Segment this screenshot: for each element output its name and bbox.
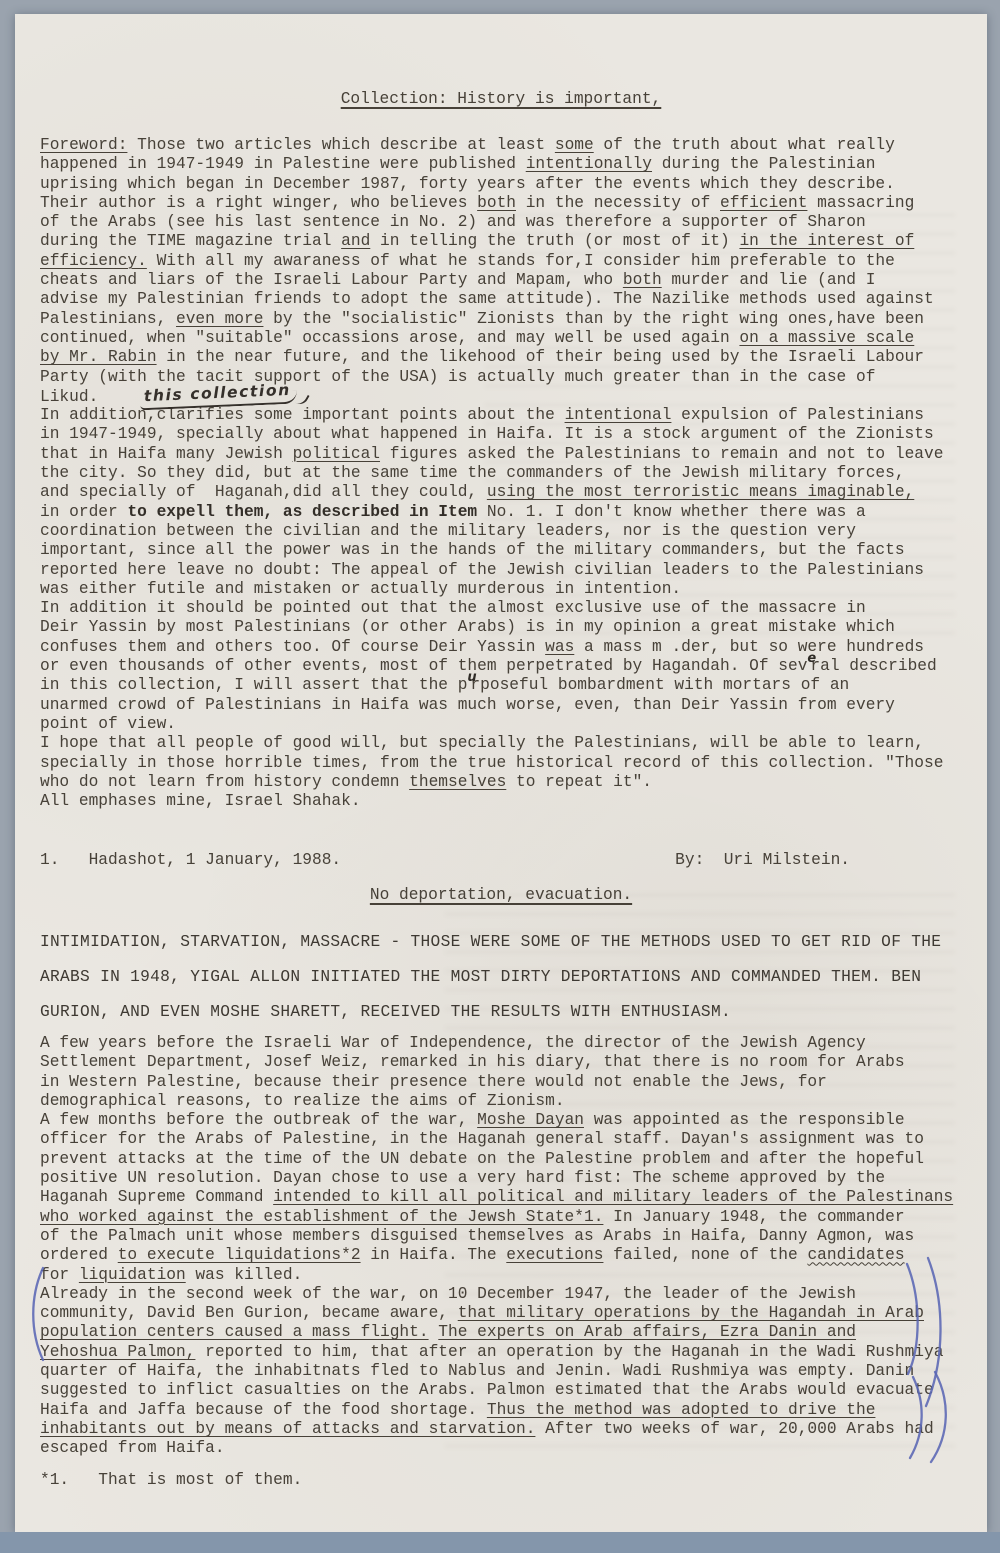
text-segment: coordination between the civilian and th… [40, 522, 856, 540]
text-segment: to execute liquidations*2 [118, 1246, 361, 1264]
text-line: or even thousands of other events, most … [40, 657, 962, 676]
text-segment: cheats and liars of the Israeli Labour P… [40, 271, 623, 289]
text-segment: Already in the second week of the war, o… [40, 1285, 856, 1303]
text-segment: A few years before the Israeli War of In… [40, 1034, 866, 1052]
text-segment: prevent attacks at the time of the UN de… [40, 1150, 924, 1168]
text-segment: who do not learn from history condemn [40, 773, 409, 791]
text-segment: uprising which began in December 1987, f… [40, 175, 895, 193]
text-segment: quarter of Haifa, the inhabitnats fled t… [40, 1362, 914, 1380]
text-segment: in 1947-1949, specially about what happe… [40, 425, 934, 443]
document-title-text: Collection: History is important, [341, 90, 662, 108]
text-segment: In addition it should be pointed out tha… [40, 599, 866, 617]
article-body-section: A few years before the Israeli War of In… [40, 1034, 962, 1459]
typewritten-content: Collection: History is important, Forewo… [40, 14, 962, 1490]
text-line: who worked against the establishment of … [40, 1208, 962, 1227]
text-line: who do not learn from history condemn th… [40, 773, 962, 792]
text-segment: failed, none of the [603, 1246, 807, 1264]
text-line: In addition,clarifies some important poi… [40, 406, 962, 425]
text-line: escaped from Haifa. [40, 1439, 962, 1458]
text-line: the city. So they did, but at the same t… [40, 464, 962, 483]
text-line: Already in the second week of the war, o… [40, 1285, 962, 1304]
text-segment: Those two articles which describe at lea… [127, 136, 554, 154]
handwritten-right-double-paren-mark-lower [905, 1370, 957, 1464]
text-segment: ordered [40, 1246, 118, 1264]
article-heading-text: No deportation, evacuation. [370, 886, 632, 904]
text-line: unarmed crowd of Palestinians in Haifa w… [40, 696, 962, 715]
text-segment: in order [40, 503, 127, 521]
text-line: that in Haifa many Jewish political figu… [40, 445, 962, 464]
text-segment: using the most terroristic means imagina… [487, 483, 914, 501]
text-segment: themselves [409, 773, 506, 791]
text-line: inhabitants out by means of attacks and … [40, 1420, 962, 1439]
text-segment: In January 1948, the commander [603, 1208, 904, 1226]
text-segment: A few months before the outbreak of the … [40, 1111, 477, 1129]
text-line: for liquidation was killed. [40, 1266, 962, 1285]
text-segment: figures asked the Palestinians to remain… [380, 445, 943, 463]
text-segment: point of view. [40, 715, 176, 733]
text-segment: continued, when "suitable" occassions ar… [40, 329, 739, 347]
text-segment: efficiency. [40, 252, 147, 270]
text-line: Likud.this collection [40, 387, 962, 406]
text-line: ordered to execute liquidations*2 in Hai… [40, 1246, 962, 1265]
text-segment: or even thousands of other events, most … [40, 657, 807, 675]
text-segment [429, 1323, 439, 1341]
text-segment: during the Palestinian [652, 155, 875, 173]
text-segment: was killed. [186, 1266, 303, 1284]
text-segment: political [293, 445, 380, 463]
text-segment: of the Arabs (see his last sentence in N… [40, 213, 866, 231]
text-line: quarter of Haifa, the inhabitnats fled t… [40, 1362, 962, 1381]
text-line: advise my Palestinian friends to adopt t… [40, 290, 962, 309]
text-segment: I hope that all people of good will, but… [40, 734, 924, 752]
text-segment: expulsion of Palestinians [671, 406, 924, 424]
text-line: Their author is a right winger, who beli… [40, 194, 962, 213]
text-segment: that in Haifa many Jewish [40, 445, 293, 463]
text-line: A few years before the Israeli War of In… [40, 1034, 962, 1053]
text-line: I hope that all people of good will, but… [40, 734, 962, 753]
document-title: Collection: History is important, [40, 90, 962, 108]
text-segment: the city. So they did, but at the same t… [40, 464, 905, 482]
text-segment: ral described [810, 657, 936, 675]
text-segment: even more [176, 310, 263, 328]
text-segment: a mass m .der, but so were hundreds [574, 638, 924, 656]
text-line: Haganah Supreme Command intended to kill… [40, 1188, 962, 1207]
text-line: community, David Ben Gurion, became awar… [40, 1304, 962, 1323]
text-segment: intended to kill all political and milit… [273, 1188, 953, 1206]
text-line: and specially of Haganah,did all they co… [40, 483, 962, 502]
text-segment: Thus the method was adopted to drive the [487, 1401, 876, 1419]
text-line: in 1947-1949, specially about what happe… [40, 425, 962, 444]
text-line: coordination between the civilian and th… [40, 522, 962, 541]
handwritten-left-paren-mark [26, 1266, 48, 1364]
text-segment: was appointed as the responsible [584, 1111, 905, 1129]
text-segment: Yehoshua Palmon, [40, 1343, 195, 1361]
text-segment: INTIMIDATION, STARVATION, MASSACRE - THO… [40, 933, 941, 951]
text-line: Settlement Department, Josef Weiz, remar… [40, 1053, 962, 1072]
text-segment: by Mr. Rabin [40, 348, 157, 366]
text-segment: Party (with the tacit support of the USA… [40, 368, 875, 386]
text-segment: massacring [807, 194, 914, 212]
text-segment: specially in those horrible times, from … [40, 754, 943, 772]
article-heading: No deportation, evacuation. [40, 886, 962, 905]
text-segment: by the "socialistic" Zionists than by th… [263, 310, 924, 328]
text-segment: in Haifa. The [361, 1246, 507, 1264]
text-line: demographical reasons, to realize the ai… [40, 1092, 962, 1111]
handwritten-letter: e [807, 649, 810, 668]
text-segment: murder and lie (and I [662, 271, 876, 289]
paper-sheet: Collection: History is important, Forewo… [15, 14, 987, 1532]
text-segment: intentionally [526, 155, 652, 173]
text-line: population centers caused a mass flight.… [40, 1323, 962, 1342]
text-segment: inhabitants out by means of attacks and … [40, 1420, 535, 1438]
text-segment: suggested to inflict casualties on the A… [40, 1381, 934, 1399]
text-segment: some [555, 136, 594, 154]
text-line: Deir Yassin by most Palestinians (or oth… [40, 618, 962, 637]
text-line: A few months before the outbreak of the … [40, 1111, 962, 1130]
text-line: happened in 1947-1949 in Palestine were … [40, 155, 962, 174]
text-line: during the TIME magazine trial and in te… [40, 232, 962, 251]
text-segment: Moshe Dayan [477, 1111, 584, 1129]
text-segment: that military operations by the Hagandah… [458, 1304, 924, 1322]
text-segment: was either futile and mistaken or actual… [40, 580, 681, 598]
text-line: cheats and liars of the Israeli Labour P… [40, 271, 962, 290]
reference-line: 1. Hadashot, 1 January, 1988. By: Uri Mi… [40, 851, 962, 870]
text-segment: escaped from Haifa. [40, 1439, 225, 1457]
text-segment: In addition,clarifies some important poi… [40, 406, 565, 424]
text-segment: confuses them and others too. Of course … [40, 638, 545, 656]
text-segment: was [545, 638, 574, 656]
text-segment: in telling the truth (or most of it) [370, 232, 739, 250]
text-line: was either futile and mistaken or actual… [40, 580, 962, 599]
text-line: Yehoshua Palmon, reported to him, that a… [40, 1343, 962, 1362]
text-line: officer for the Arabs of Palestine, in t… [40, 1130, 962, 1149]
text-segment: to expell them, as described in Item [127, 503, 477, 521]
text-segment: population centers caused a mass flight. [40, 1323, 429, 1341]
text-segment: With all my awaraness of what he stands … [147, 252, 895, 270]
text-line: in Western Palestine, because their pres… [40, 1073, 962, 1092]
text-line: prevent attacks at the time of the UN de… [40, 1150, 962, 1169]
text-segment: who worked against the establishment of … [40, 1208, 603, 1226]
text-line: reported here leave no doubt: The appeal… [40, 561, 962, 580]
text-line: confuses them and others too. Of course … [40, 638, 962, 657]
text-segment: Deir Yassin by most Palestinians (or oth… [40, 618, 895, 636]
text-segment: in the interest of [739, 232, 914, 250]
text-segment: in Western Palestine, because their pres… [40, 1073, 827, 1091]
reference-source: 1. Hadashot, 1 January, 1988. [40, 851, 341, 870]
text-segment: liquidation [79, 1266, 186, 1284]
text-line: point of view. [40, 715, 962, 734]
text-segment: intentional [565, 406, 672, 424]
text-line: efficiency. With all my awaraness of wha… [40, 252, 962, 271]
text-line: All emphases mine, Israel Shahak. [40, 792, 962, 811]
text-segment: The experts on Arab affairs, Ezra Danin … [438, 1323, 856, 1341]
text-segment: reported to him, that after an operation… [195, 1343, 943, 1361]
text-segment: demographical reasons, to realize the ai… [40, 1092, 565, 1110]
text-segment: advise my Palestinian friends to adopt t… [40, 290, 934, 308]
text-line: Haifa and Jaffa because of the food shor… [40, 1401, 962, 1420]
text-segment: Palestinians, [40, 310, 176, 328]
text-segment: GURION, AND EVEN MOSHE SHARETT, RECEIVED… [40, 1003, 731, 1021]
text-line: specially in those horrible times, from … [40, 754, 962, 773]
text-segment: ARABS IN 1948, YIGAL ALLON INITIATED THE… [40, 968, 921, 986]
text-segment: Likud. [40, 388, 98, 406]
text-segment: and [341, 232, 370, 250]
text-segment: on a massive scale [739, 329, 914, 347]
text-segment: After two weeks of war, 20,000 Arabs had [535, 1420, 933, 1438]
text-line: in order to expell them, as described in… [40, 503, 962, 522]
text-line: GURION, AND EVEN MOSHE SHARETT, RECEIVED… [40, 995, 962, 1030]
text-segment: unarmed crowd of Palestinians in Haifa w… [40, 696, 895, 714]
text-segment: Foreword: [40, 136, 127, 154]
text-segment: All emphases mine, Israel Shahak. [40, 792, 361, 810]
text-line: ARABS IN 1948, YIGAL ALLON INITIATED THE… [40, 960, 962, 995]
text-segment: in the near future, and the likehood of … [157, 348, 924, 366]
text-segment: Haganah Supreme Command [40, 1188, 273, 1206]
text-segment: both [623, 271, 662, 289]
text-line: of the Arabs (see his last sentence in N… [40, 213, 962, 232]
text-line: Palestinians, even more by the "socialis… [40, 310, 962, 329]
text-line: suggested to inflict casualties on the A… [40, 1381, 962, 1400]
text-line: uprising which began in December 1987, f… [40, 175, 962, 194]
text-segment: community, David Ben Gurion, became awar… [40, 1304, 458, 1322]
text-line: continued, when "suitable" occassions ar… [40, 329, 962, 348]
lead-caps-section: INTIMIDATION, STARVATION, MASSACRE - THO… [40, 925, 962, 1030]
text-segment: officer for the Arabs of Palestine, in t… [40, 1130, 924, 1148]
text-line: in this collection, I will assert that t… [40, 676, 962, 695]
text-line: Party (with the tacit support of the USA… [40, 368, 962, 387]
text-line: positive UN resolution. Dayan chose to u… [40, 1169, 962, 1188]
text-segment: rposeful bombardment with mortars of an [470, 676, 849, 694]
text-segment: candidates [807, 1246, 904, 1264]
text-segment: efficient [720, 194, 807, 212]
text-segment: to repeat it". [506, 773, 652, 791]
text-segment: in the necessity of [516, 194, 720, 212]
text-segment: both [477, 194, 516, 212]
handwritten-letter: u [467, 668, 470, 687]
reference-byline: By: Uri Milstein. [675, 851, 850, 870]
text-segment: positive UN resolution. Dayan chose to u… [40, 1169, 885, 1187]
foreword-section: Foreword: Those two articles which descr… [40, 136, 962, 811]
text-line: by Mr. Rabin in the near future, and the… [40, 348, 962, 367]
text-line: In addition it should be pointed out tha… [40, 599, 962, 618]
text-segment: happened in 1947-1949 in Palestine were … [40, 155, 526, 173]
text-segment: important, since all the power was in th… [40, 541, 905, 559]
text-segment: Settlement Department, Josef Weiz, remar… [40, 1053, 905, 1071]
scan-bottom-band [0, 1532, 1000, 1553]
text-segment: of the truth about what really [594, 136, 895, 154]
text-segment: executions [506, 1246, 603, 1264]
text-line: Foreword: Those two articles which descr… [40, 136, 962, 155]
text-segment: in this collection, I will assert that t… [40, 676, 467, 694]
text-segment: Haifa and Jaffa because of the food shor… [40, 1401, 487, 1419]
text-segment: Their author is a right winger, who beli… [40, 194, 477, 212]
text-segment: No. 1. I don't know whether there was a [477, 503, 866, 521]
text-line: important, since all the power was in th… [40, 541, 962, 560]
text-segment: during the TIME magazine trial [40, 232, 341, 250]
text-line: INTIMIDATION, STARVATION, MASSACRE - THO… [40, 925, 962, 960]
text-segment: and specially of Haganah,did all they co… [40, 483, 487, 501]
text-line: of the Palmach unit whose members disgui… [40, 1227, 962, 1246]
text-segment: of the Palmach unit whose members disgui… [40, 1227, 914, 1245]
footnote: *1. That is most of them. [40, 1471, 962, 1490]
scanned-document-page: { "colors": { "background": "#9aa3ae", "… [0, 0, 1000, 1553]
text-segment: reported here leave no doubt: The appeal… [40, 561, 924, 579]
